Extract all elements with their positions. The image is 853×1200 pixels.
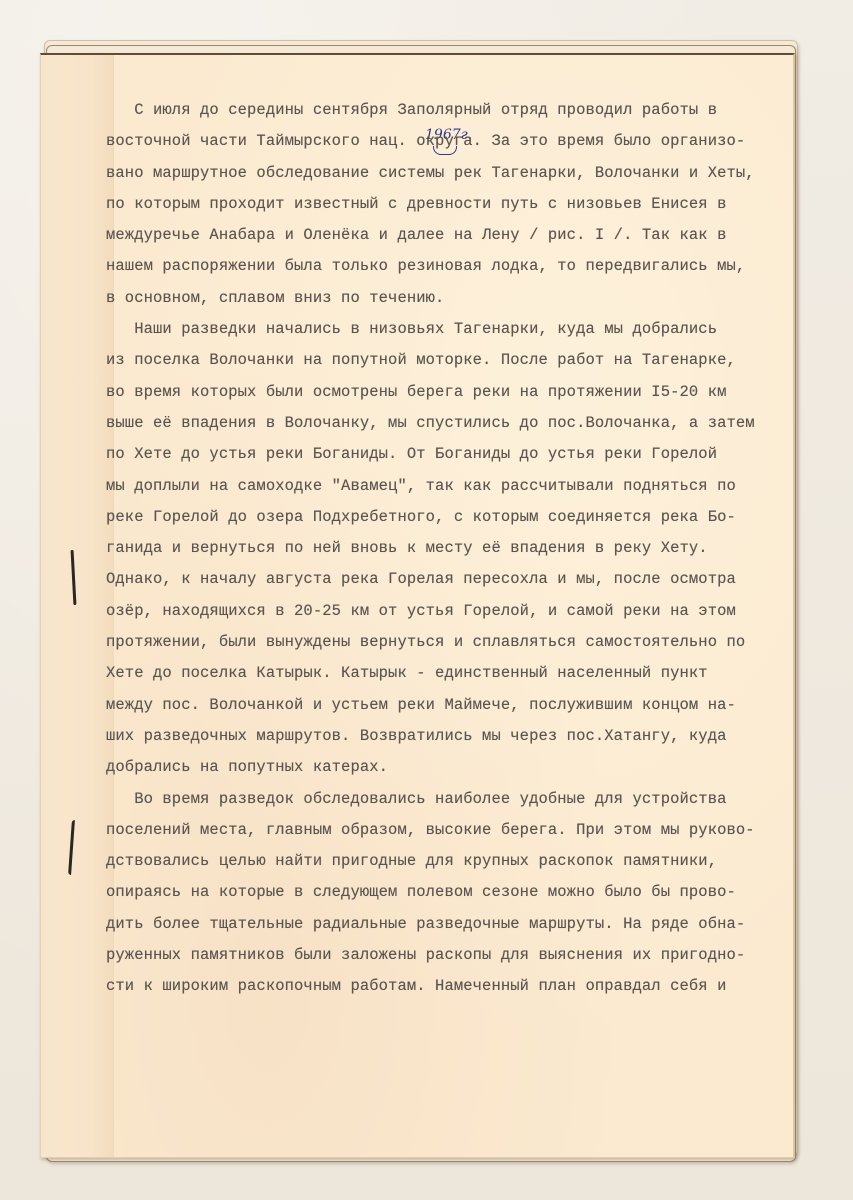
text-line: ганида и вернуться по ней вновь к месту … [106,533,786,564]
text-line: между пос. Волочанкой и устьем реки Майм… [106,690,786,721]
text-line: нашем распоряжении была только резиновая… [106,251,786,282]
text-line: во время которых были осмотрены берега р… [106,377,786,408]
text-line: озёр, находящихся в 20-25 км от устья Го… [106,596,786,627]
text-line: С июля до середины сентября Заполярный о… [106,95,786,126]
text-line: мы доплыли на самоходке "Авамец", так ка… [106,471,786,502]
binding-strip [41,55,114,1157]
typewritten-text-body: С июля до середины сентября Заполярный о… [106,95,786,1003]
text-line: дствовались целью найти пригодные для кр… [106,846,786,877]
text-line: протяжении, были вынуждены вернуться и с… [106,627,786,658]
text-line: Во время разведок обследовались наиболее… [106,784,786,815]
text-line: поселений места, главным образом, высоки… [106,815,786,846]
binding-stitch-mark [71,550,77,605]
text-line: Однако, к началу августа река Горелая пе… [106,564,786,595]
text-line: междуречье Анабара и Оленёка и далее на … [106,220,786,251]
text-line: восточной части Таймырского нац. округа.… [106,126,786,157]
text-line: из поселка Волочанки на попутной моторке… [106,345,786,376]
text-line: Хете до поселка Катырык. Катырык - единс… [106,658,786,689]
binding-stitch-mark [68,820,75,875]
text-line: сти к широким раскопочным работам. Намеч… [106,971,786,1002]
text-line: ших разведочных маршрутов. Возвратились … [106,721,786,752]
text-line: реке Горелой до озера Подхребетного, с к… [106,502,786,533]
text-line: дить более тщательные радиальные разведо… [106,909,786,940]
text-line: добрались на попутных катерах. [106,752,786,783]
text-line: вано маршрутное обследование системы рек… [106,158,786,189]
text-line: по Хете до устья реки Боганиды. От Боган… [106,439,786,470]
text-line: руженных памятников были заложены раскоп… [106,940,786,971]
text-line: Наши разведки начались в низовьях Тагена… [106,314,786,345]
text-line: выше её впадения в Волочанку, мы спустил… [106,408,786,439]
text-line: в основном, сплавом вниз по течению. [106,283,786,314]
text-line: опираясь на которые в следующем полевом … [106,877,786,908]
text-line: по которым проходит известный с древност… [106,189,786,220]
